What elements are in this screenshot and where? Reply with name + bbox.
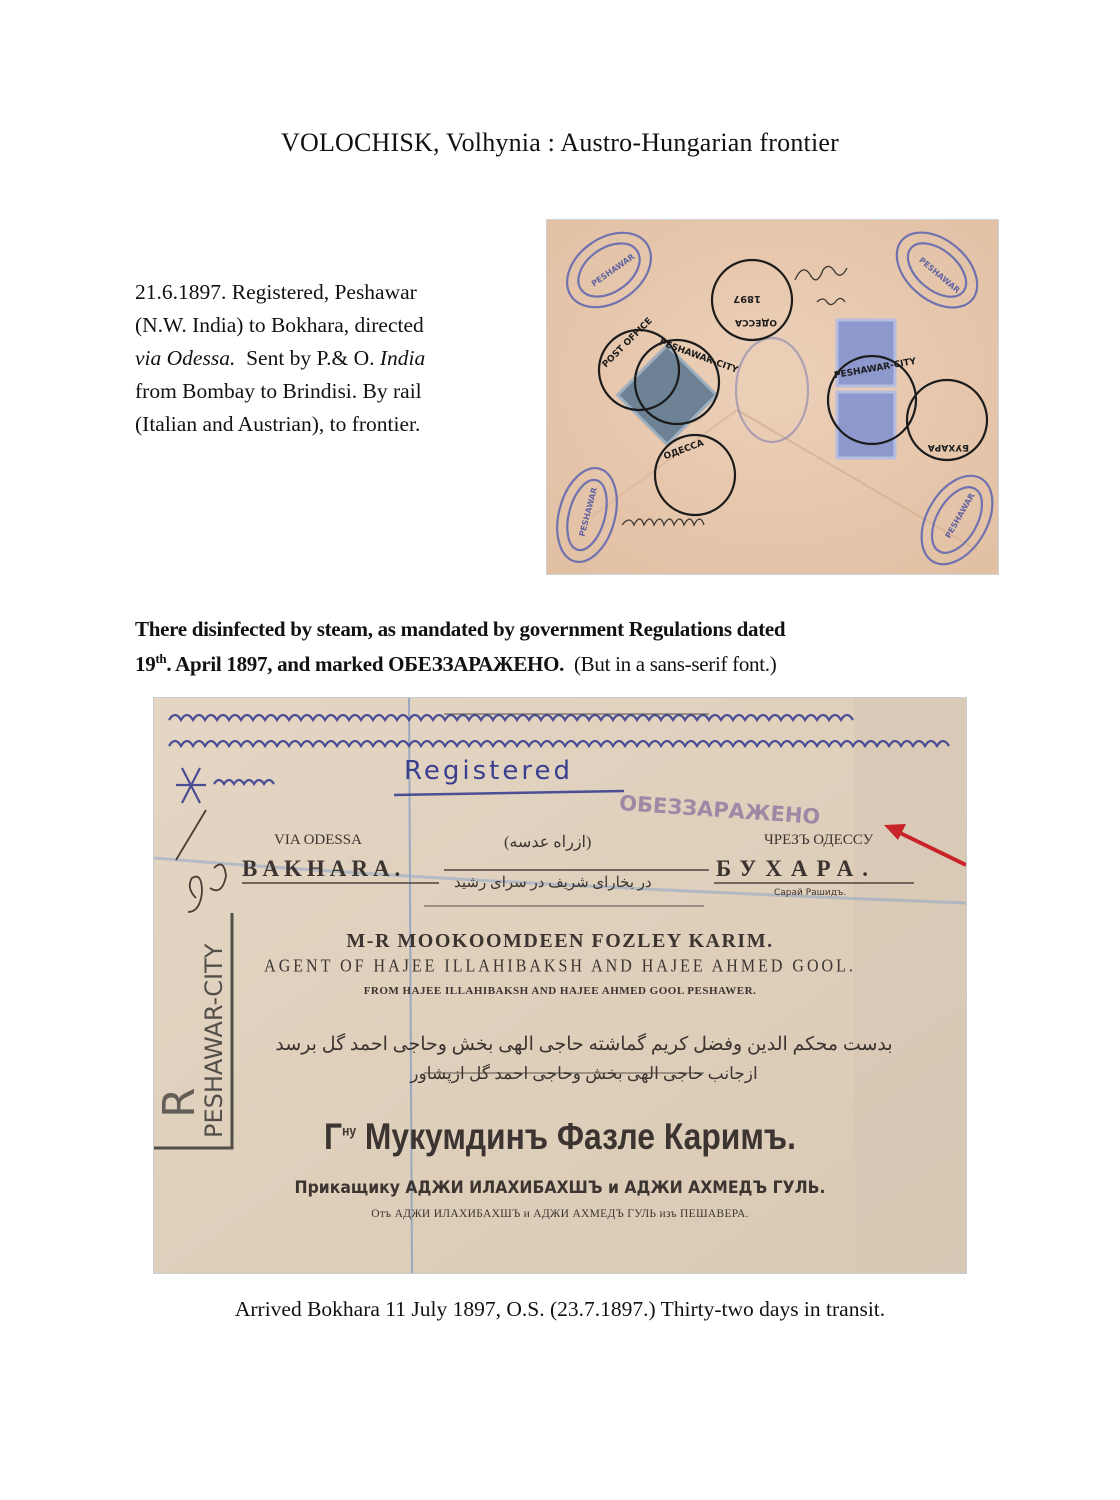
destination-persian: در بخارای شریف در سرای رشید xyxy=(454,873,652,892)
intro-paragraph: 21.6.1897. Registered, Peshawar (N.W. In… xyxy=(135,276,515,441)
intro-text: Sent by P.& O. xyxy=(235,346,380,370)
caption-aside: (But in a sans-serif font.) xyxy=(564,652,776,676)
via-odessa-persian: (ازراه عدسه) xyxy=(504,832,591,852)
addressee-english: M-R MOOKOOMDEEN FOZLEY KARIM. xyxy=(154,930,966,953)
arrival-caption: Arrived Bokhara 11 July 1897, O.S. (23.7… xyxy=(0,1297,1120,1322)
cover-front-photo: PESHAWAR-CITY R Registered ОБЕЗЗАРАЖЕНО … xyxy=(153,697,967,1274)
caption-date-number: 19 xyxy=(135,652,155,676)
disinfection-caption: There disinfected by steam, as mandated … xyxy=(135,614,1015,679)
addressee-russian: Гну Мукумдинъ Фазле Каримъ. xyxy=(211,1116,909,1158)
caption-line-2: 19th. April 1897, and marked ОБЕЗЗАРАЖЕН… xyxy=(135,644,1015,679)
from-russian: Отъ АДЖИ ИЛАХИБАХШЪ и АДЖИ АХМЕДЪ ГУЛЬ и… xyxy=(154,1208,966,1220)
svg-text:R: R xyxy=(154,1087,205,1118)
agent-english: AGENT OF HAJEE ILLAHIBAKSH AND HAJEE AHM… xyxy=(154,957,966,977)
svg-text:БУХАРА: БУХАРА xyxy=(928,442,969,452)
caption-line-1: There disinfected by steam, as mandated … xyxy=(135,614,1015,644)
destination-russian-sub: Сарай Рашидъ. xyxy=(774,888,846,898)
addressee-persian: بدست محکم الدین وفضل کریم گماشته حاجی ال… xyxy=(234,1033,934,1056)
via-odessa-italic: via Odessa. xyxy=(135,346,235,370)
page-title: VOLOCHISK, Volhynia : Austro-Hungarian f… xyxy=(0,128,1120,158)
addressee-prefix-sup: ну xyxy=(342,1123,356,1139)
via-odessa-russian: ЧРЕЗЪ ОДЕССУ xyxy=(764,832,873,849)
from-persian: ازجانب حاجی الهی بخش وحاجی احمد گل ازپشا… xyxy=(234,1064,934,1084)
svg-text:1897: 1897 xyxy=(733,293,761,304)
registered-label: Registered xyxy=(404,756,573,786)
intro-line: 21.6.1897. Registered, Peshawar xyxy=(135,276,515,309)
svg-text:ОДЕССА: ОДЕССА xyxy=(735,317,777,327)
caption-text: . April 1897, and marked ОБЕЗЗАРАЖЕНО. xyxy=(166,652,564,676)
cover-back-photo: PESHAWAR PESHAWAR PESHAWAR PESHAWAR ОДЕС… xyxy=(546,219,999,575)
agent-russian: Прикащику АДЖИ ИЛАХИБАХШЪ и АДЖИ АХМЕДЪ … xyxy=(186,1178,933,1198)
addressee-prefix: Г xyxy=(324,1116,342,1157)
via-odessa-english: VIA ODESSA xyxy=(274,832,362,849)
destination-english: BAKHARA. xyxy=(242,856,405,882)
intro-line: (Italian and Austrian), to frontier. xyxy=(135,408,515,441)
ship-name-italic: India xyxy=(380,346,425,370)
cover-back-illustration: PESHAWAR PESHAWAR PESHAWAR PESHAWAR ОДЕС… xyxy=(547,220,998,574)
caption-ordinal: th xyxy=(155,651,166,666)
intro-line: via Odessa. Sent by P.& O. India xyxy=(135,342,515,375)
intro-line: (N.W. India) to Bokhara, directed xyxy=(135,309,515,342)
intro-line: from Bombay to Brindisi. By rail xyxy=(135,375,515,408)
addressee-russian-name: Мукумдинъ Фазле Каримъ. xyxy=(365,1116,796,1157)
destination-russian: БУХАРА. xyxy=(716,856,877,882)
from-english: FROM HAJEE ILLAHIBAKSH AND HAJEE AHMED G… xyxy=(154,985,966,997)
